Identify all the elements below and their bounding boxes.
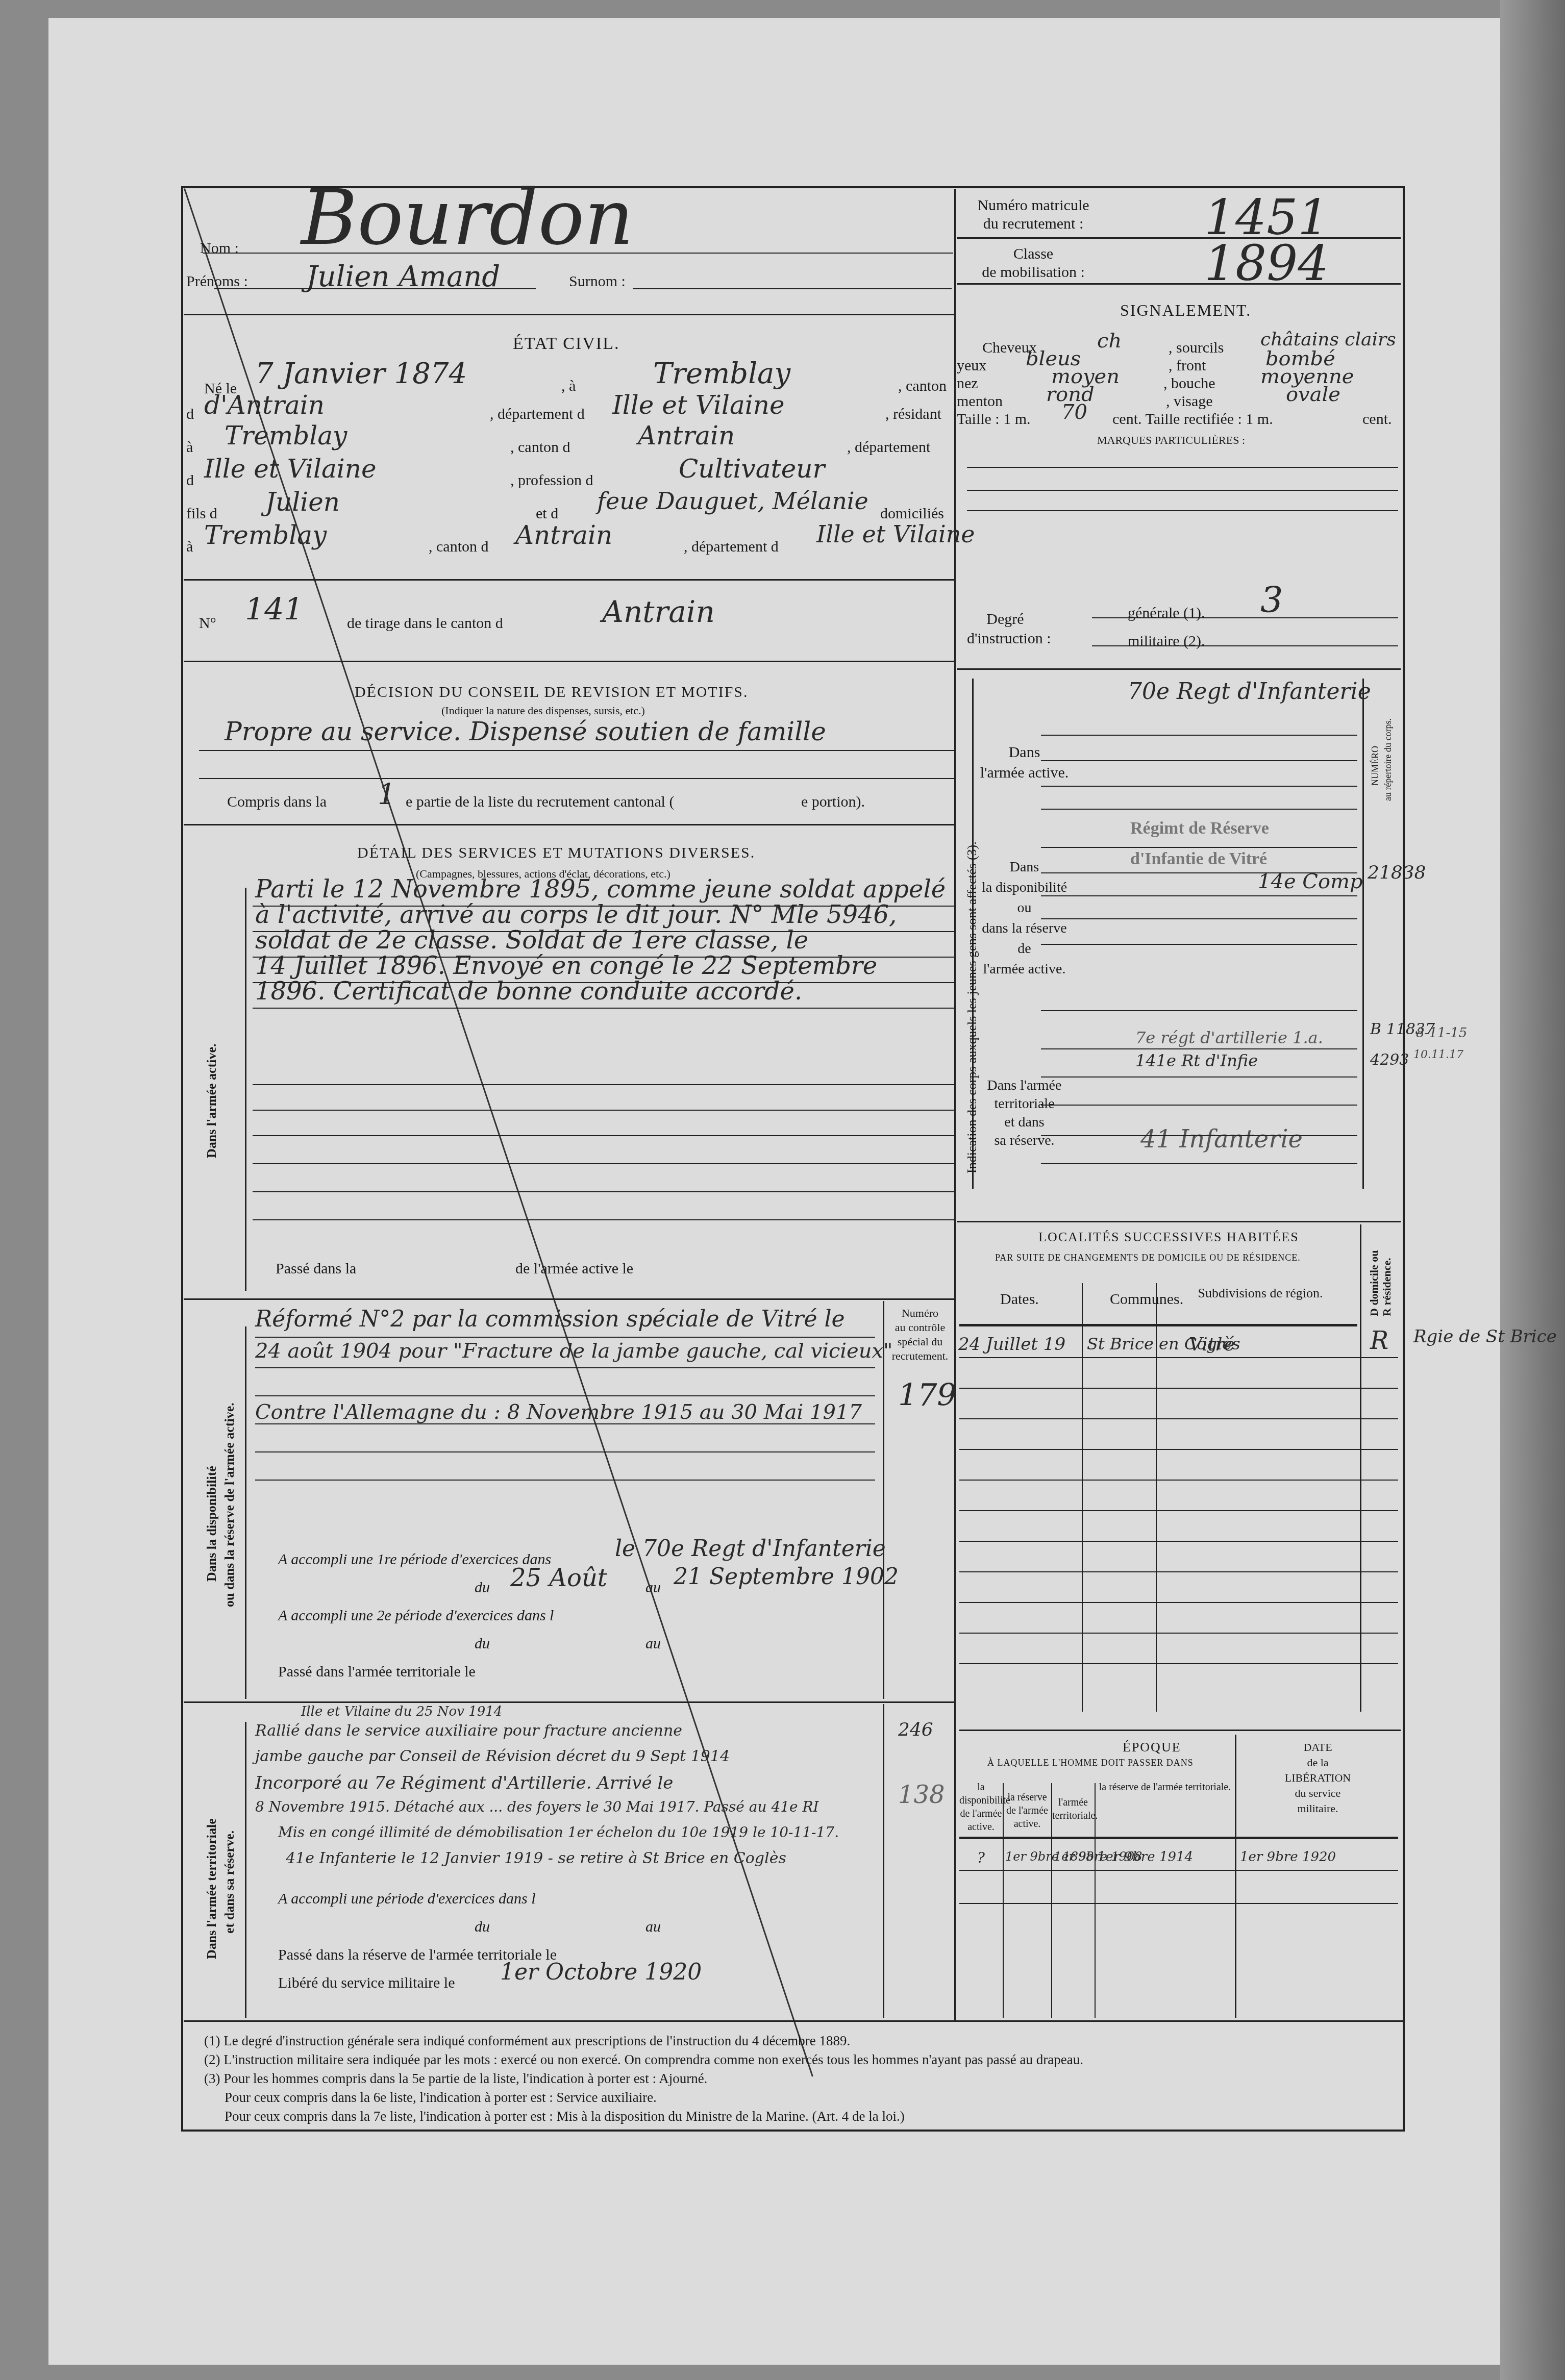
ruled-line bbox=[255, 1480, 875, 1481]
tirage-canton-value: Antrain bbox=[602, 594, 715, 629]
services-line: soldat de 2e classe. Soldat de 1ere clas… bbox=[255, 926, 808, 955]
residant-departement-label: , département bbox=[847, 439, 930, 456]
column-divider bbox=[954, 189, 956, 2020]
ruled-line bbox=[1041, 809, 1357, 810]
matricule-label: Numéro matriculedu recrutement : bbox=[959, 196, 1107, 233]
periode1-au-label: au bbox=[645, 1579, 661, 1596]
mere-value: feue Dauguet, Mélanie bbox=[597, 487, 868, 515]
dr-divider bbox=[1360, 1224, 1361, 1712]
classe-divider bbox=[957, 283, 1401, 285]
birthplace-label: , à bbox=[561, 378, 576, 395]
residant-departement-value: Ille et Vilaine bbox=[204, 454, 377, 484]
front-label: , front bbox=[1169, 357, 1206, 374]
services-line: Parti le 12 Novembre 1895, comme jeune s… bbox=[255, 875, 946, 904]
departement-label: , département d bbox=[490, 406, 585, 423]
territoriale-line: jambe gauche par Conseil de Révision déc… bbox=[255, 1747, 730, 1765]
margin-date: 10.11.17 bbox=[1413, 1048, 1463, 1061]
ruled-line bbox=[959, 1357, 1398, 1358]
visage-value: ovale bbox=[1286, 383, 1340, 406]
numero-repertoire-label: NUMÉRO bbox=[1370, 746, 1381, 786]
ruled-line bbox=[253, 906, 954, 907]
territoriale-line: Rallié dans le service auxiliaire pour f… bbox=[255, 1722, 682, 1740]
residant-a-label: à bbox=[186, 439, 193, 456]
profession-value: Cultivateur bbox=[679, 454, 825, 484]
decision-subtitle: (Indiquer la nature des dispenses, sursi… bbox=[441, 704, 645, 717]
ruled-line bbox=[1041, 735, 1357, 736]
tirage-divider bbox=[184, 661, 954, 662]
taille-label: Taille : 1 m. bbox=[957, 411, 1031, 428]
ruled-line bbox=[967, 467, 1398, 468]
territoriale-number-divider bbox=[883, 1704, 884, 2018]
decision-value: Propre au service. Dispensé soutien de f… bbox=[225, 717, 826, 746]
ruled-line bbox=[959, 1870, 1398, 1871]
book-spine bbox=[1500, 0, 1565, 2380]
prenoms-label: Prénoms : bbox=[186, 273, 248, 290]
liberation-value: 1er 9bre 1920 bbox=[1240, 1849, 1336, 1865]
numero-repertoire-divider bbox=[1362, 679, 1364, 1189]
disponibilite-stamp: Régimt de Réserve bbox=[1130, 819, 1269, 838]
ruled-line bbox=[959, 1903, 1398, 1904]
ruled-line bbox=[959, 1541, 1398, 1542]
ruled-line bbox=[1041, 1010, 1357, 1011]
passe-territoriale-label: Passé dans l'armée territoriale le bbox=[278, 1663, 476, 1681]
residant-value: Tremblay bbox=[225, 421, 347, 450]
nom-label: Nom : bbox=[200, 240, 239, 257]
surnom-label: Surnom : bbox=[569, 273, 626, 290]
ruled-line bbox=[253, 1135, 954, 1136]
epoque-header-rule bbox=[959, 1837, 1398, 1839]
territoriale-numero: 4293 bbox=[1370, 1051, 1409, 1069]
disponibilite-divider bbox=[184, 1701, 954, 1703]
liberation-header: DATEde laLIBÉRATIONdu servicemilitaire. bbox=[1237, 1740, 1398, 1816]
ruled-line bbox=[253, 1008, 954, 1009]
cheveux-value: ch bbox=[1097, 329, 1122, 353]
et-de-label: et d bbox=[536, 505, 558, 522]
ruled-line bbox=[959, 1633, 1398, 1634]
periode1-corps: le 70e Regt d'Infanterie bbox=[615, 1536, 886, 1562]
liberation-divider bbox=[1235, 1735, 1236, 2018]
periode1-du: 25 Août bbox=[510, 1564, 607, 1592]
compris-suffix: e partie de la liste du recrutement cant… bbox=[406, 793, 674, 811]
footnote: (3) Pour les hommes compris dans la 5e p… bbox=[204, 2071, 707, 2087]
ruled-line bbox=[255, 1423, 875, 1424]
marques-label: MARQUES PARTICULIÈRES : bbox=[1097, 434, 1245, 447]
disponibilite-side-label-2: ou dans la réserve de l'armée active. bbox=[222, 1402, 237, 1607]
numero-repertoire-label-2: au répertoire du corps. bbox=[1383, 718, 1394, 801]
matricule-divider bbox=[957, 237, 1401, 239]
territoriale-line: 41e Infanterie le 12 Janvier 1919 - se r… bbox=[286, 1849, 786, 1867]
cent-label: cent. bbox=[1362, 411, 1392, 428]
territoriale-au-label: au bbox=[645, 1918, 661, 1936]
classe-label: Classede mobilisation : bbox=[959, 245, 1107, 282]
localites-subdivision: Vitré bbox=[1189, 1334, 1235, 1355]
prenoms-line bbox=[214, 288, 536, 289]
ruled-line bbox=[1041, 872, 1357, 873]
footnote-divider bbox=[184, 2020, 1403, 2022]
corps-side-label: Indication des corps auxquels les jeunes… bbox=[964, 841, 980, 1173]
territoriale-corps-line: 7e régt d'artillerie 1.a. bbox=[1135, 1028, 1323, 1047]
bouche-label: , bouche bbox=[1163, 375, 1215, 392]
compris-value: 1 bbox=[378, 778, 396, 811]
ruled-line bbox=[959, 1388, 1398, 1389]
ruled-line bbox=[959, 1571, 1398, 1572]
localites-title: LOCALITÉS SUCCESSIVES HABITÉES bbox=[1038, 1230, 1299, 1245]
margin-number: 246 bbox=[898, 1719, 933, 1740]
localites-col-dates: Dates. bbox=[1000, 1291, 1039, 1308]
ruled-line bbox=[1041, 944, 1357, 945]
etat-civil-divider bbox=[184, 579, 954, 581]
degre-generale-value: 3 bbox=[1260, 579, 1283, 621]
degre-militaire-label: militaire (2). bbox=[1128, 633, 1205, 650]
domicile-departement-label: , département d bbox=[684, 538, 779, 556]
services-line: 1896. Certificat de bonne conduite accor… bbox=[255, 977, 802, 1006]
margin-date: 8-11-15 bbox=[1416, 1025, 1467, 1041]
ruled-line bbox=[959, 1480, 1398, 1481]
ruled-line bbox=[967, 490, 1398, 491]
epoque-col-divider bbox=[1003, 1783, 1004, 2018]
domicile-canton-label: , canton d bbox=[429, 538, 488, 556]
taille-value: 70 bbox=[1061, 400, 1087, 424]
domicile-canton-value: Antrain bbox=[515, 520, 612, 550]
footnote: (2) L'instruction militaire sera indiqué… bbox=[204, 2052, 1083, 2068]
ruled-line bbox=[253, 1110, 954, 1111]
surnom-line bbox=[633, 288, 952, 289]
taille-rectifiee-label: cent. Taille rectifiée : 1 m. bbox=[1112, 411, 1273, 428]
epoque-col-territoriale: l'armée territoriale. bbox=[1052, 1796, 1094, 1822]
domicile-value: Tremblay bbox=[204, 520, 327, 550]
decision-divider bbox=[184, 824, 954, 825]
disponibilite-left-rule bbox=[245, 1326, 246, 1699]
numero-controle-divider bbox=[883, 1301, 884, 1699]
degre-generale-label: générale (1). bbox=[1128, 605, 1205, 622]
nom-value: Bourdon bbox=[301, 173, 634, 262]
localites-date: 24 Juillet 19 bbox=[958, 1334, 1065, 1355]
ruled-line bbox=[253, 1163, 954, 1164]
passe-suffix: de l'armée active le bbox=[515, 1260, 633, 1277]
territoriale-corps-line: 141e Rt d'Infie bbox=[1135, 1051, 1258, 1070]
tirage-no-label: N° bbox=[199, 615, 216, 632]
domicile-departement-value: Ille et Vilaine bbox=[816, 520, 975, 548]
ruled-line bbox=[959, 1510, 1398, 1511]
libere-value: 1er Octobre 1920 bbox=[500, 1959, 702, 1985]
residant-canton-label: , canton d bbox=[510, 439, 570, 456]
canton-label: , canton bbox=[898, 378, 947, 395]
domicile-a-label: à bbox=[186, 538, 193, 556]
signalement-title: SIGNALEMENT. bbox=[1120, 301, 1251, 320]
dr-header-2: R résidence. bbox=[1380, 1258, 1394, 1316]
ruled-line bbox=[959, 1602, 1398, 1603]
ruled-line bbox=[1041, 1076, 1357, 1078]
ruled-line bbox=[253, 931, 954, 932]
periode2-label: A accompli une 2e période d'exercices da… bbox=[278, 1607, 554, 1624]
ruled-line bbox=[1041, 1105, 1357, 1106]
ruled-line bbox=[253, 1191, 954, 1192]
corps-active-value: 70e Regt d'Infanterie bbox=[1128, 679, 1371, 705]
periode1-du-label: du bbox=[475, 1579, 490, 1596]
epoque-value: ? bbox=[977, 1849, 985, 1866]
ruled-line bbox=[1041, 1135, 1357, 1136]
territoriale-du-label: du bbox=[475, 1918, 490, 1936]
ruled-line bbox=[255, 1451, 875, 1452]
nez-label: nez bbox=[957, 375, 978, 392]
pere-value: Julien bbox=[265, 487, 340, 517]
decision-title: DÉCISION DU CONSEIL DE REVISION ET MOTIF… bbox=[355, 684, 749, 701]
passe-label: Passé dans la bbox=[276, 1260, 356, 1277]
territoriale-line: 8 Novembre 1915. Détaché aux ... des foy… bbox=[255, 1798, 819, 1815]
epoque-col-reserve-territoriale: la réserve de l'armée territoriale. bbox=[1096, 1781, 1234, 1794]
disponibilite-line: Réformé N°2 par la commission spéciale d… bbox=[255, 1306, 845, 1332]
residant-label: , résidant bbox=[885, 406, 941, 423]
ruled-line bbox=[1041, 1048, 1357, 1049]
tirage-canton-label: de tirage dans le canton d bbox=[347, 615, 503, 632]
periode2-du-label: du bbox=[475, 1635, 490, 1652]
etat-civil-title: ÉTAT CIVIL. bbox=[513, 334, 619, 354]
services-line: 14 Juillet 1896. Envoyé en congé le 22 S… bbox=[255, 951, 877, 980]
ruled-line bbox=[255, 1395, 875, 1396]
fils-de-label: fils d bbox=[186, 505, 217, 522]
territoriale-corps-line: 41 Infanterie bbox=[1140, 1125, 1303, 1154]
periode1-au: 21 Septembre 1902 bbox=[674, 1564, 899, 1590]
territoriale-line: Incorporé au 7e Régiment d'Artillerie. A… bbox=[255, 1773, 673, 1793]
ne-le-value: 7 Janvier 1874 bbox=[255, 357, 467, 390]
ruled-line bbox=[1041, 760, 1357, 761]
epoque-col-reserve-active: la réserve de l'armée active. bbox=[1004, 1791, 1050, 1831]
domicilies-label: domiciliés bbox=[880, 505, 944, 522]
services-divider bbox=[184, 1298, 954, 1300]
services-line: à l'activité, arrivé au corps le dit jou… bbox=[255, 900, 897, 929]
epoque-col-disponibilite: la disponibilité de l'armée active. bbox=[959, 1781, 1003, 1834]
ruled-line bbox=[253, 1084, 954, 1085]
epoque-value: 1er 9bre 1914 bbox=[1097, 1849, 1193, 1865]
disponibilite-stamp-2: d'Infantie de Vitré bbox=[1130, 849, 1267, 869]
localites-col-divider bbox=[1082, 1283, 1083, 1712]
services-left-rule bbox=[245, 888, 246, 1291]
degre-divider bbox=[957, 668, 1401, 670]
footnote: (1) Le degré d'instruction générale sera… bbox=[204, 2033, 850, 2049]
localites-subtitle: PAR SUITE DE CHANGEMENTS DE DOMICILE OU … bbox=[995, 1252, 1301, 1263]
ruled-line bbox=[255, 1337, 875, 1338]
margin-number: 138 bbox=[898, 1781, 945, 1809]
tirage-no-value: 141 bbox=[245, 592, 304, 628]
nom-line bbox=[203, 253, 953, 254]
ruled-line bbox=[1041, 918, 1357, 919]
sourcils-label: , sourcils bbox=[1169, 339, 1224, 357]
footnote: Pour ceux compris dans la 7e liste, l'in… bbox=[225, 2109, 905, 2124]
libere-label: Libéré du service militaire le bbox=[278, 1974, 455, 1992]
numero-controle-value: 179 bbox=[898, 1377, 957, 1413]
ruled-line bbox=[1041, 847, 1357, 848]
ruled-line bbox=[959, 1663, 1398, 1664]
departement-value: Ille et Vilaine bbox=[612, 390, 785, 420]
territoriale-line: Ille et Vilaine du 25 Nov 1914 bbox=[301, 1704, 502, 1719]
menton-label: menton bbox=[957, 393, 1003, 410]
localites-header-rule bbox=[959, 1324, 1357, 1326]
territoriale-line: Mis en congé illimité de démobilisation … bbox=[278, 1824, 839, 1841]
residant-canton-value: Antrain bbox=[638, 421, 735, 450]
header-divider bbox=[184, 314, 954, 315]
territoriale-left-rule bbox=[245, 1722, 246, 2018]
ruled-line bbox=[1041, 895, 1357, 896]
localites-margin-note: Rgie de St Brice bbox=[1413, 1326, 1557, 1347]
visage-label: , visage bbox=[1166, 393, 1213, 410]
ruled-line bbox=[1092, 617, 1398, 618]
ruled-line bbox=[253, 1219, 954, 1220]
dr-header: D domicile ou bbox=[1368, 1250, 1381, 1316]
disponibilite-side-label: Dans la disponibilité bbox=[204, 1466, 219, 1582]
disponibilite-numero: 21838 bbox=[1368, 862, 1426, 883]
birthplace-value: Tremblay bbox=[653, 357, 790, 390]
ruled-line bbox=[1041, 786, 1357, 787]
decision-line-2 bbox=[199, 778, 954, 779]
ruled-line bbox=[253, 982, 954, 983]
periode2-au-label: au bbox=[645, 1635, 661, 1652]
localites-col-subdivisions: Subdivisions de région. bbox=[1163, 1286, 1357, 1301]
numero-controle-label: Numéro au contrôle spécial du recrutemen… bbox=[887, 1306, 953, 1363]
epoque-title: ÉPOQUE bbox=[1123, 1740, 1181, 1755]
yeux-label: yeux bbox=[957, 357, 986, 374]
profession-label: , profession d bbox=[510, 472, 593, 489]
territoriale-side-label-2: et dans sa réserve. bbox=[222, 1831, 237, 1934]
ruled-line bbox=[967, 510, 1398, 511]
decision-line bbox=[199, 750, 954, 751]
localites-divider bbox=[959, 1730, 1401, 1731]
ruled-line bbox=[253, 957, 954, 958]
compris-label: Compris dans la bbox=[227, 793, 327, 811]
ruled-line bbox=[959, 1449, 1398, 1450]
services-side-label: Dans l'armée active. bbox=[204, 1043, 219, 1158]
localites-dr: R bbox=[1370, 1326, 1388, 1355]
territoriale-side-label: Dans l'armée territoriale bbox=[204, 1818, 219, 1959]
degre-instruction-label: Degréd'instruction : bbox=[967, 610, 1044, 648]
canton-value: d'Antrain bbox=[204, 390, 325, 420]
portion-label: e portion). bbox=[801, 793, 865, 811]
footnote: Pour ceux compris dans la 6e liste, l'in… bbox=[225, 2090, 657, 2106]
epoque-subtitle: À LAQUELLE L'HOMME DOIT PASSER DANS bbox=[987, 1758, 1194, 1768]
ruled-line bbox=[255, 1367, 875, 1368]
corps-active-label: Dansl'armée active. bbox=[980, 742, 1069, 783]
disponibilite-line: 24 août 1904 pour "Fracture de la jambe … bbox=[255, 1339, 893, 1363]
ruled-line bbox=[1092, 645, 1398, 646]
corps-divider bbox=[957, 1221, 1401, 1222]
disponibilite-line: Contre l'Allemagne du : 8 Novembre 1915 … bbox=[255, 1400, 862, 1424]
services-title: DÉTAIL DES SERVICES ET MUTATIONS DIVERSE… bbox=[357, 844, 755, 862]
ruled-line bbox=[1041, 1163, 1357, 1164]
ruled-line bbox=[959, 1418, 1398, 1419]
corps-territoriale-label: Dans l'arméeterritorialeet danssa réserv… bbox=[980, 1076, 1069, 1150]
territoriale-periode-label: A accompli une période d'exercices dans … bbox=[278, 1890, 536, 1908]
